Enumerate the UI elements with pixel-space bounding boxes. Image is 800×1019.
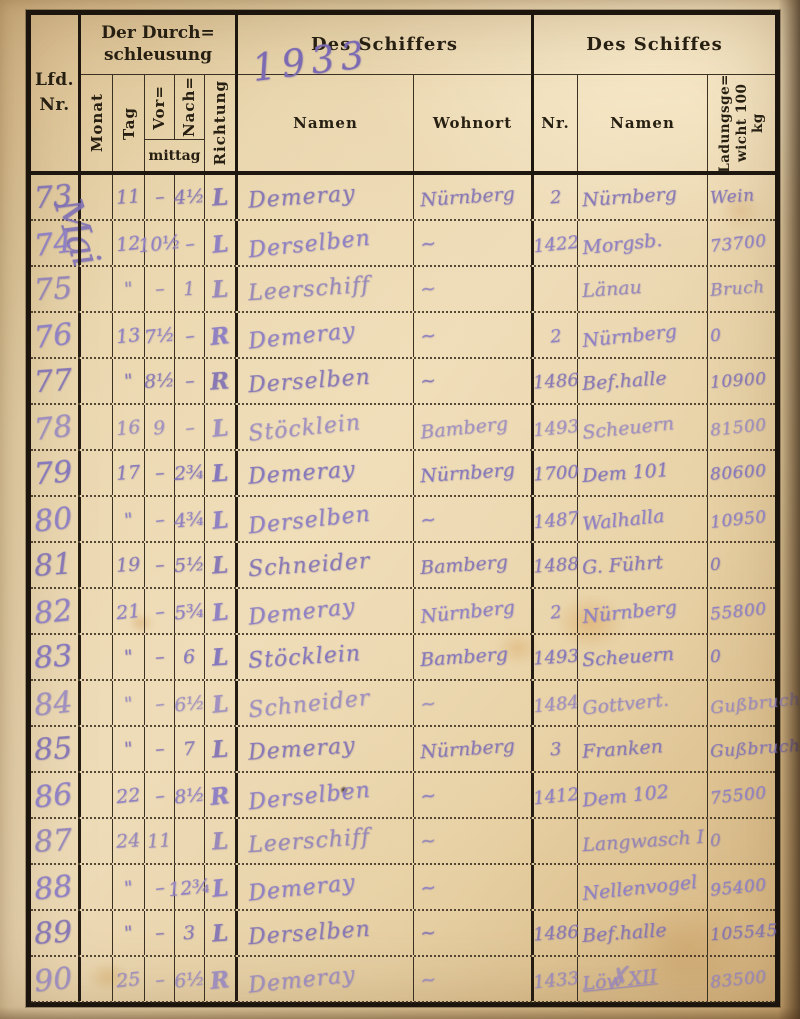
cell-schiffer: Stöcklein — [238, 635, 414, 679]
cell-tag: 16 — [113, 405, 145, 449]
header-schiffer-namen: Namen — [238, 75, 414, 171]
cell-tag: " — [113, 497, 145, 541]
handwritten-entry: R — [209, 966, 231, 995]
handwritten-entry: L — [211, 735, 229, 763]
cell-nr: 86 — [31, 773, 81, 817]
table-header: Lfd. Nr. Der Durch= schleusung Monat Tag… — [31, 15, 775, 175]
cell-tag: " — [113, 727, 145, 771]
header-vormittag: Vor= — [145, 75, 175, 139]
cell-tag: 24 — [113, 819, 145, 863]
cell-wohnort: ∼ — [414, 819, 534, 863]
cell-vor: – — [145, 957, 175, 1001]
handwritten-entry: Leerschiff — [247, 272, 371, 305]
handwritten-entry: 80 — [32, 501, 74, 540]
handwritten-entry: G. Führt — [581, 551, 663, 579]
handwritten-entry: 8½ — [144, 369, 176, 393]
cell-schiff_nr: 3 — [534, 727, 578, 771]
handwritten-entry: 2¾ — [174, 461, 206, 485]
handwritten-entry: 5½ — [174, 553, 206, 577]
cell-tag: 13 — [113, 313, 145, 357]
group1-line2: schleusung — [104, 45, 212, 66]
handwritten-entry: – — [154, 509, 166, 532]
handwritten-entry: 82 — [32, 593, 74, 632]
handwritten-entry: ∼ — [419, 921, 436, 944]
header-nachmittag: Nach= — [175, 75, 205, 139]
handwritten-entry: L — [211, 919, 229, 947]
cell-schiff_name: Nürnberg — [578, 313, 708, 357]
handwritten-entry: 1488 — [532, 553, 579, 577]
header-tag: Tag — [113, 75, 145, 171]
cell-richtung: L — [205, 911, 238, 955]
scan-edge-shadow-right — [778, 0, 800, 1019]
handwritten-entry: – — [184, 233, 196, 256]
cell-schiff_nr: 1486 — [534, 911, 578, 955]
handwritten-entry: 81500 — [709, 415, 767, 441]
header-lfd-nr: Lfd. Nr. — [31, 15, 81, 171]
handwritten-entry: Schneider — [247, 548, 371, 581]
cell-schiff_name: Langwasch I — [578, 819, 708, 863]
table-row: 9025–6½RDemeray∼1433Löw XII83500 — [31, 957, 775, 1003]
cell-monat — [81, 267, 113, 311]
cell-vor: 10½ — [145, 221, 175, 265]
header-schiff-namen-label: Namen — [610, 114, 675, 132]
handwritten-entry: ∼ — [419, 277, 436, 300]
handwritten-entry: 4¾ — [173, 507, 206, 532]
handwritten-entry: 0 — [709, 647, 722, 668]
cell-vor: 9 — [145, 405, 175, 449]
cell-schiff_name: Scheuern — [578, 405, 708, 449]
handwritten-entry: L — [211, 551, 229, 579]
cell-monat — [81, 865, 113, 909]
cell-nr: 89 — [31, 911, 81, 955]
handwritten-entry: 0 — [709, 555, 722, 576]
cell-richtung: L — [205, 681, 238, 725]
cell-nach: 6 — [175, 635, 205, 679]
table-row: 7917–2¾LDemerayNürnberg1700Dem 10180600 — [31, 451, 775, 497]
cell-monat — [81, 957, 113, 1001]
handwritten-entry: Nürnberg — [581, 183, 677, 212]
handwritten-entry: Wein — [709, 185, 755, 208]
handwritten-entry: 19 — [116, 553, 142, 577]
handwritten-entry: Bef.halle — [581, 367, 667, 395]
table-row: 872411LLeerschiff∼Langwasch I0 — [31, 819, 775, 865]
cell-schiffer: Derselben — [238, 221, 414, 265]
handwritten-entry: 74 — [32, 225, 74, 264]
handwritten-entry: Derselben — [247, 501, 372, 539]
handwritten-entry: 83500 — [709, 967, 767, 993]
handwritten-entry: 10950 — [709, 507, 767, 533]
cell-schiff_nr: 1493 — [534, 635, 578, 679]
cell-nach: 5½ — [175, 543, 205, 587]
handwritten-entry: 81 — [33, 546, 74, 584]
handwritten-entry: 22 — [115, 784, 141, 808]
handwritten-entry: – — [154, 646, 165, 669]
handwritten-entry: 1 — [183, 278, 197, 301]
cell-richtung: L — [205, 221, 238, 265]
handwritten-entry: Leerschiff — [247, 824, 371, 857]
table-frame: Lfd. Nr. Der Durch= schleusung Monat Tag… — [26, 10, 780, 1007]
handwritten-entry: 2 — [549, 325, 563, 347]
cell-wohnort: ∼ — [414, 911, 534, 955]
cell-schiff_name: Bef.halle — [578, 911, 708, 955]
header-monat: Monat — [81, 75, 113, 171]
handwritten-entry: Franken — [581, 735, 663, 763]
cell-tag: 11 — [113, 175, 145, 219]
handwritten-entry: Derselben — [247, 777, 372, 815]
handwritten-entry: 90 — [32, 961, 74, 1000]
handwritten-entry: – — [184, 417, 196, 440]
cell-vor: – — [145, 589, 175, 633]
handwritten-entry: – — [154, 554, 165, 577]
handwritten-entry: " — [123, 738, 133, 761]
cell-nach: 4¾ — [175, 497, 205, 541]
cell-ladung: 81500 — [708, 405, 775, 449]
cell-nach: 2¾ — [175, 451, 205, 495]
cell-richtung: L — [205, 405, 238, 449]
handwritten-entry: 6 — [183, 646, 197, 669]
handwritten-entry: ∼ — [419, 784, 437, 808]
handwritten-entry: Walhalla — [581, 505, 665, 535]
handwritten-entry: L — [211, 598, 230, 627]
cell-ladung: 55800 — [708, 589, 775, 633]
handwritten-entry: ∼ — [419, 324, 437, 348]
header-mittag: mittag — [145, 139, 204, 171]
handwritten-entry: – — [154, 785, 166, 808]
cell-monat — [81, 497, 113, 541]
handwritten-entry: 1700 — [532, 461, 579, 485]
header-schiff-nr: Nr. — [534, 75, 578, 171]
cell-vor: – — [145, 635, 175, 679]
handwritten-entry: Derselben — [247, 225, 372, 263]
handwritten-entry: " — [123, 693, 134, 716]
cell-tag: 17 — [113, 451, 145, 495]
handwritten-entry: Scheuern — [581, 643, 674, 671]
cell-wohnort: Nürnberg — [414, 727, 534, 771]
scanned-ledger-page: Lfd. Nr. Der Durch= schleusung Monat Tag… — [0, 0, 800, 1019]
handwritten-entry: ∼ — [419, 508, 437, 532]
handwritten-entry: 83 — [33, 638, 74, 676]
handwritten-entry: 21 — [115, 600, 141, 624]
handwritten-entry: Demeray — [247, 870, 357, 906]
header-group-durchschleusung: Der Durch= schleusung — [81, 15, 238, 75]
cell-tag: " — [113, 267, 145, 311]
handwritten-entry: – — [154, 278, 165, 301]
handwritten-entry: ∼ — [419, 829, 436, 852]
handwritten-entry: 105545 — [709, 921, 778, 946]
cell-richtung: R — [205, 957, 238, 1001]
cell-nr: 74 — [31, 221, 81, 265]
handwritten-entry: 1486 — [532, 921, 579, 945]
cell-wohnort: ∼ — [414, 865, 534, 909]
handwritten-entry: 11 — [147, 829, 173, 853]
handwritten-entry: 55800 — [709, 599, 767, 625]
cell-schiffer: Demeray — [238, 175, 414, 219]
cell-schiff_nr: 2 — [534, 313, 578, 357]
cell-wohnort: Nürnberg — [414, 175, 534, 219]
handwritten-entry: Bamberg — [419, 551, 508, 579]
handwritten-entry: 6½ — [173, 967, 206, 992]
header-wohnort: Wohnort — [414, 75, 534, 171]
handwritten-entry: Länau — [581, 276, 642, 302]
handwritten-entry: L — [211, 874, 230, 903]
cell-vor: – — [145, 773, 175, 817]
cell-nach: – — [175, 313, 205, 357]
table-row: 85"–7LDemerayNürnberg3FrankenGußbruch — [31, 727, 775, 773]
header-schiff-nr-label: Nr. — [541, 114, 569, 132]
group1-line1: Der Durch= — [101, 23, 214, 44]
handwritten-entry: L — [211, 183, 229, 211]
cell-schiff_nr: 1484 — [534, 681, 578, 725]
handwritten-entry: Nürnberg — [581, 320, 678, 352]
handwritten-entry: Bamberg — [419, 643, 508, 671]
cell-vor: – — [145, 681, 175, 725]
table-row: 80"–4¾LDerselben∼1487Walhalla10950 — [31, 497, 775, 543]
cell-wohnort: Nürnberg — [414, 589, 534, 633]
cell-schiffer: Demeray — [238, 589, 414, 633]
group3-label: Des Schiffes — [586, 34, 722, 55]
handwritten-entry: ∼ — [419, 968, 437, 992]
cell-schiff_name: Dem 102 — [578, 773, 708, 817]
handwritten-entry: 78 — [32, 409, 74, 448]
cell-schiffer: Leerschiff — [238, 267, 414, 311]
cell-nach: – — [175, 221, 205, 265]
handwritten-entry: L — [211, 414, 230, 443]
cell-tag: " — [113, 865, 145, 909]
handwritten-entry: Derselben — [247, 916, 371, 950]
handwritten-entry: Nürnberg — [419, 459, 515, 488]
cell-tag: " — [113, 681, 145, 725]
handwritten-entry: 6½ — [173, 691, 206, 716]
handwritten-entry: 24 — [116, 829, 142, 853]
handwritten-entry: Derselben — [247, 364, 371, 398]
handwritten-entry: Demeray — [247, 181, 356, 213]
handwritten-entry: 17 — [116, 461, 142, 485]
handwritten-entry: 1422 — [532, 231, 580, 257]
handwritten-entry: Bamberg — [419, 412, 509, 443]
cell-schiff_nr: 1700 — [534, 451, 578, 495]
cell-monat — [81, 589, 113, 633]
handwritten-entry: – — [154, 601, 166, 624]
handwritten-entry: 16 — [115, 416, 141, 440]
cell-schiff_name: Bef.halle — [578, 359, 708, 403]
handwritten-entry: 1484 — [532, 691, 580, 717]
cell-tag: " — [113, 635, 145, 679]
cell-wohnort: ∼ — [414, 313, 534, 357]
cell-richtung: L — [205, 727, 238, 771]
handwritten-entry: Demeray — [247, 318, 357, 354]
cell-schiff_nr — [534, 267, 578, 311]
cell-richtung: L — [205, 865, 238, 909]
handwritten-entry: 7½ — [143, 323, 176, 348]
handwritten-entry: – — [154, 922, 165, 945]
handwritten-entry: Nürnberg — [419, 735, 515, 764]
cell-ladung: 0 — [708, 819, 775, 863]
cell-vor: – — [145, 175, 175, 219]
handwritten-entry: 73700 — [709, 231, 767, 257]
cell-richtung: L — [205, 635, 238, 679]
header-lfd-line2: Nr. — [39, 93, 69, 118]
cell-ladung: 10900 — [708, 359, 775, 403]
handwritten-entry: " — [123, 509, 134, 532]
cell-wohnort: Bamberg — [414, 635, 534, 679]
handwritten-entry: Nürnberg — [419, 596, 516, 628]
header-richtung: Richtung — [205, 75, 238, 171]
handwritten-entry: 2 — [549, 601, 563, 623]
cell-schiff_nr: 1488 — [534, 543, 578, 587]
cell-vor: 11 — [145, 819, 175, 863]
handwritten-entry: 25 — [115, 968, 141, 992]
handwritten-entry: " — [123, 877, 134, 900]
cell-ladung: 10950 — [708, 497, 775, 541]
handwritten-entry: Dem 101 — [581, 459, 669, 487]
cell-wohnort: ∼ — [414, 681, 534, 725]
handwritten-entry: 1493 — [532, 415, 580, 441]
header-vor-label: Vor= — [150, 85, 168, 130]
cell-schiffer: Demeray — [238, 865, 414, 909]
header-lfd-line1: Lfd. — [35, 68, 74, 93]
cell-vor: – — [145, 267, 175, 311]
cell-tag: 21 — [113, 589, 145, 633]
table-row: 8221–5¾LDemerayNürnberg2Nürnberg55800 — [31, 589, 775, 635]
header-nach-label: Nach= — [180, 76, 198, 137]
cell-schiff_nr — [534, 865, 578, 909]
cell-monat — [81, 681, 113, 725]
cell-nr: 81 — [31, 543, 81, 587]
cell-ladung: Bruch — [708, 267, 775, 311]
handwritten-entry: 95400 — [709, 875, 767, 901]
cell-nach: 5¾ — [175, 589, 205, 633]
handwritten-entry: 8½ — [173, 783, 206, 808]
handwritten-entry: 85 — [33, 730, 74, 768]
handwritten-entry: 5¾ — [173, 599, 206, 624]
cell-richtung: R — [205, 313, 238, 357]
cell-monat — [81, 221, 113, 265]
cell-wohnort: ∼ — [414, 773, 534, 817]
cell-nach: 1 — [175, 267, 205, 311]
cell-ladung: 95400 — [708, 865, 775, 909]
header-schiffer-namen-label: Namen — [293, 114, 358, 132]
cell-schiff_nr: 1486 — [534, 359, 578, 403]
handwritten-entry: 1487 — [532, 507, 580, 533]
handwritten-entry: Demeray — [247, 457, 356, 489]
cell-schiff_nr: 1412 — [534, 773, 578, 817]
handwritten-entry: – — [184, 370, 195, 393]
handwritten-entry: Bef.halle — [581, 919, 667, 947]
table-row: 73Mai11–4½LDemerayNürnberg2NürnbergWein — [31, 175, 775, 221]
cell-ladung: 0 — [708, 635, 775, 679]
cell-schiffer: Stöcklein — [238, 405, 414, 449]
cell-schiff_nr: 1433 — [534, 957, 578, 1001]
handwritten-entry: ∼ — [419, 876, 437, 900]
header-ladung-line1: Ladungsge= — [717, 74, 733, 173]
handwritten-entry: Langwasch I — [581, 826, 704, 856]
handwritten-entry: – — [154, 693, 166, 716]
handwritten-entry: " — [123, 370, 133, 393]
handwritten-entry: L — [211, 643, 229, 671]
handwritten-entry: Demeray — [247, 962, 357, 998]
cell-schiff_name: Dem 101 — [578, 451, 708, 495]
handwritten-entry: 1433 — [532, 967, 580, 993]
handwritten-entry: Stöcklein — [247, 641, 362, 674]
handwritten-entry: L — [211, 275, 229, 303]
cell-nr: 83 — [31, 635, 81, 679]
handwritten-entry: 1486 — [532, 369, 579, 393]
handwritten-entry: Bruch — [709, 277, 765, 301]
handwritten-entry: R — [210, 367, 231, 395]
cell-nr: 79 — [31, 451, 81, 495]
cell-nach: 4½ — [175, 175, 205, 219]
cell-schiff_nr: 1493 — [534, 405, 578, 449]
cell-tag: 19 — [113, 543, 145, 587]
cell-monat: Mai — [81, 175, 113, 219]
header-monat-label: Monat — [88, 93, 106, 152]
cell-schiffer: Leerschiff — [238, 819, 414, 863]
cell-nr: 80 — [31, 497, 81, 541]
cell-nr: 84 — [31, 681, 81, 725]
handwritten-entry: 7 — [183, 738, 197, 761]
handwritten-entry: Gottvert. — [581, 689, 669, 720]
header-ladungsgewicht: Ladungsge= wicht 100 kg — [708, 75, 775, 171]
handwritten-entry: – — [154, 738, 165, 761]
cell-schiff_name: Nürnberg — [578, 175, 708, 219]
handwritten-entry: – — [154, 969, 166, 992]
cell-nr: 75 — [31, 267, 81, 311]
cell-vor: – — [145, 497, 175, 541]
cell-schiff_nr: 1422 — [534, 221, 578, 265]
handwritten-entry: 2 — [549, 186, 562, 208]
cell-nr: 88 — [31, 865, 81, 909]
cell-monat — [81, 819, 113, 863]
cell-richtung: L — [205, 589, 238, 633]
cell-tag: " — [113, 911, 145, 955]
cell-wohnort: Nürnberg — [414, 451, 534, 495]
cell-wohnort: Bamberg — [414, 405, 534, 449]
cell-schiffer: Derselben — [238, 773, 414, 817]
handwritten-entry: L — [211, 230, 230, 259]
cell-nach — [175, 819, 205, 863]
table-row: 76137½–RDemeray∼2Nürnberg0 — [31, 313, 775, 359]
header-ladung-line2: wicht 100 kg — [734, 75, 766, 171]
cell-ladung: 0 — [708, 313, 775, 357]
cell-ladung: 73700 — [708, 221, 775, 265]
table-row: 84"–6½LSchneider∼1484Gottvert.Gußbruch — [31, 681, 775, 727]
cell-nach: – — [175, 405, 205, 449]
handwritten-entry: Schneider — [247, 685, 371, 723]
handwritten-entry: R — [209, 782, 231, 811]
cell-richtung: L — [205, 451, 238, 495]
cell-schiff_name: Morgsb. — [578, 221, 708, 265]
handwritten-entry: L — [211, 827, 229, 855]
cell-schiffer: Demeray — [238, 957, 414, 1001]
cell-richtung: R — [205, 773, 238, 817]
cell-schiff_name: Scheuern — [578, 635, 708, 679]
cell-schiffer: Demeray — [238, 727, 414, 771]
handwritten-entry: 89 — [33, 914, 74, 952]
cell-monat — [81, 359, 113, 403]
handwritten-entry: – — [154, 877, 166, 900]
cell-schiff_name: Nürnberg — [578, 589, 708, 633]
handwritten-entry: 0 — [709, 831, 722, 852]
cell-ladung: 80600 — [708, 451, 775, 495]
handwritten-entry: 3 — [183, 922, 197, 945]
cell-schiff_nr: 2 — [534, 589, 578, 633]
handwritten-entry: 13 — [115, 324, 141, 348]
handwritten-entry: " — [123, 922, 133, 945]
handwritten-entry: 77 — [33, 362, 74, 400]
header-schiff-namen: Namen — [578, 75, 708, 171]
handwritten-entry: 87 — [33, 822, 74, 860]
cell-nr: 90 — [31, 957, 81, 1001]
